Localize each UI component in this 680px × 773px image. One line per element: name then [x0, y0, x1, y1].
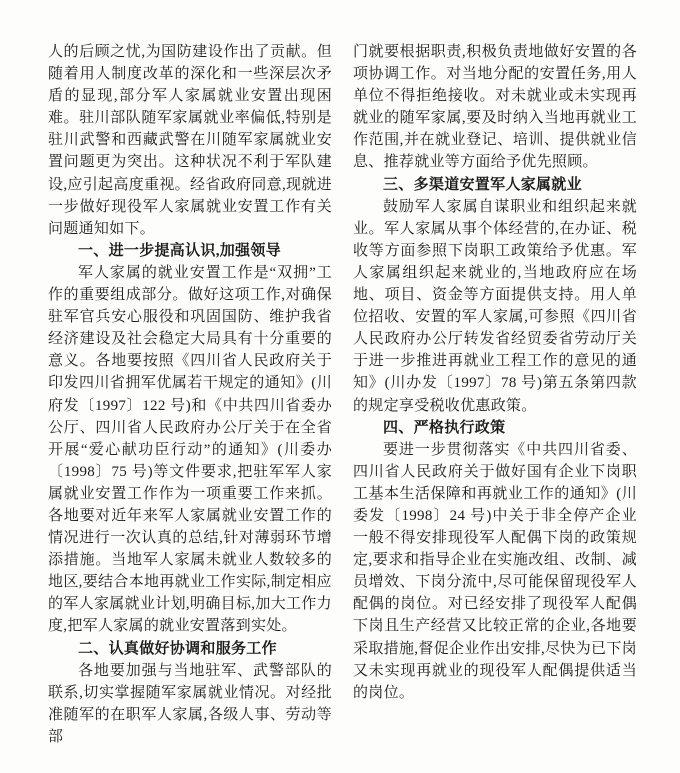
section-heading-2: 二、认真做好协调和服务工作	[48, 638, 332, 660]
paragraph-continuation: 门就要根据职责,积极负责地做好安置的各项协调工作。对当地分配的安置任务,用人单位…	[353, 41, 637, 174]
section-heading-3: 三、多渠道安置军人家属就业	[353, 174, 637, 196]
paragraph: 要进一步贯彻落实《中共四川省委、四川省人民政府关于做好国有企业下岗职工基本生活保…	[353, 439, 637, 704]
left-column: 人的后顾之忧,为国防建设作出了贡献。但随着用人制度改革的深化和一些深层次矛盾的显…	[48, 41, 332, 773]
right-column: 门就要根据职责,积极负责地做好安置的各项协调工作。对当地分配的安置任务,用人单位…	[353, 41, 637, 773]
section-heading-1: 一、进一步提高认识,加强领导	[48, 240, 332, 262]
section-heading-4: 四、严格执行政策	[353, 417, 637, 439]
paragraph: 各地要加强与当地驻军、武警部队的联系,切实掌握随军家属就业情况。对经批准随军的在…	[48, 660, 332, 748]
document-page: 人的后顾之忧,为国防建设作出了贡献。但随着用人制度改革的深化和一些深层次矛盾的显…	[0, 0, 680, 773]
paragraph: 军人家属的就业安置工作是“双拥”工作的重要组成部分。做好这项工作,对确保驻军官兵…	[48, 262, 332, 638]
paragraph: 鼓励军人家属自谋职业和组织起来就业。军人家属从事个体经营的,在办证、税收等方面参…	[353, 196, 637, 417]
paragraph-continuation: 人的后顾之忧,为国防建设作出了贡献。但随着用人制度改革的深化和一些深层次矛盾的显…	[48, 41, 332, 240]
